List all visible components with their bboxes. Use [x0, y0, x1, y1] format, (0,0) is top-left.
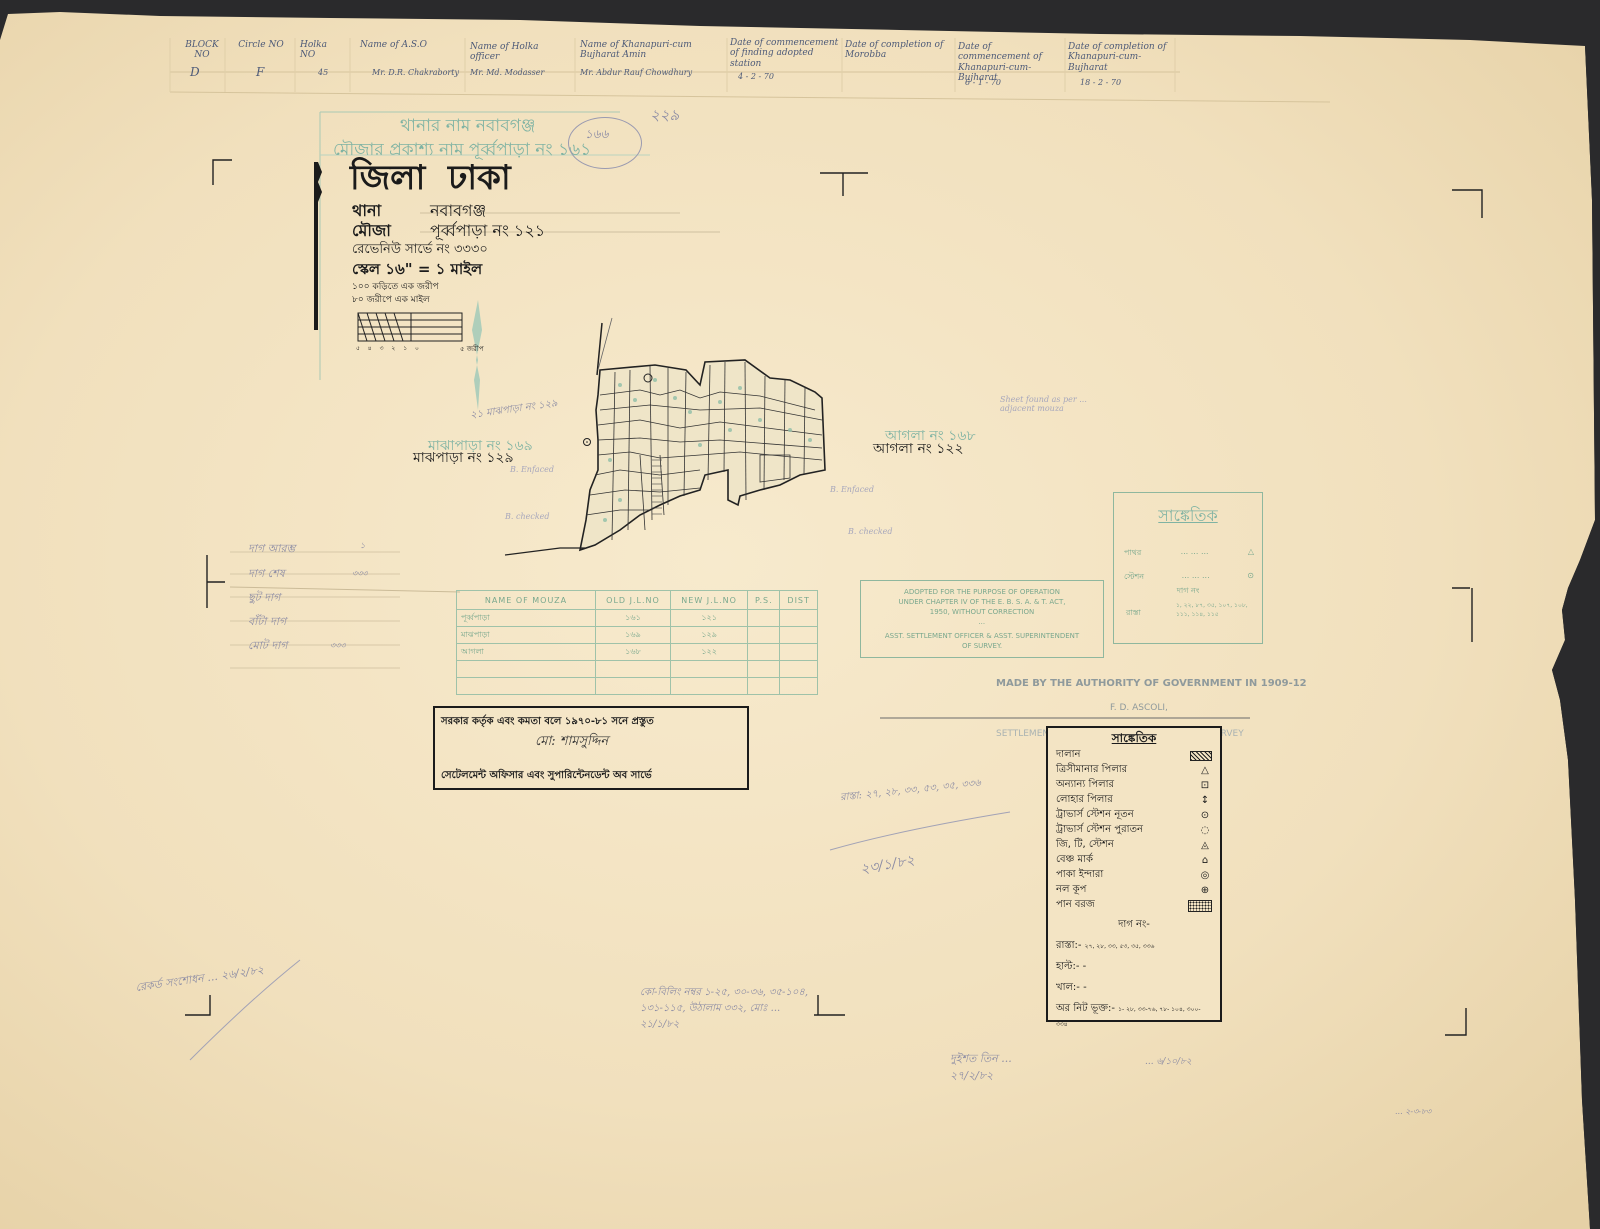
authority-name: F. D. ASCOLI, — [1110, 703, 1168, 713]
legend-row-betel-garden: পান বরজ — [1056, 898, 1212, 913]
prepared-line-1: সরকার কর্তৃক এবং কমতা বলে ১৯৭০-৮১ সনে প্… — [441, 714, 654, 731]
cell-empty — [596, 678, 671, 695]
west-adjacent-label: মাঝপাড়া নং ১২৯ — [413, 446, 514, 470]
legend-label: পাথর — [1124, 547, 1141, 560]
table-row — [457, 678, 818, 695]
adoption-line-5: OF SURVEY. — [861, 641, 1103, 651]
cell-mouza-name: আগলা — [457, 644, 596, 661]
pucca-well-icon: ◎ — [1198, 870, 1212, 881]
legend-row-pucca-well: পাকা ইন্দারা◎ — [1056, 868, 1212, 883]
scale-note-2: ৮০ জরীপে এক মাইল — [352, 292, 430, 307]
khal-value: - — [1083, 982, 1087, 993]
haat-label: হাল্ট:- — [1056, 961, 1079, 972]
legend-row-bench-mark: বেঞ্চ মার্ক⌂ — [1056, 853, 1212, 868]
station-icon: ⊙ — [1247, 571, 1254, 584]
header-col-aso: Name of A.S.O — [360, 40, 460, 50]
scale-end-label: ৫ জরীপ — [460, 343, 484, 355]
col-new-jl-no: NEW J.L.NO — [670, 591, 747, 610]
betel-garden-icon — [1188, 900, 1212, 912]
cell-new-jl: ১২১ — [670, 610, 747, 627]
cell-dist — [780, 644, 818, 661]
road-label: রাস্তা:- — [1056, 940, 1081, 951]
header-val-circle: F — [256, 65, 264, 79]
header-col-adopted-station: Date of commencement of finding adopted … — [730, 38, 840, 69]
legend-row-other-pillar: অন্যান্য পিলার⊡ — [1056, 778, 1212, 793]
cell-old-jl: ১৬৯ — [596, 627, 671, 644]
authority-line: MADE BY THE AUTHORITY OF GOVERNMENT IN 1… — [996, 678, 1307, 689]
green-legend: সাঙ্কেতিক পাথর ... ... ... △ স্টেশন ... … — [1113, 492, 1263, 644]
cell-new-jl: ১২৯ — [670, 627, 747, 644]
pencil-right-note: ... ৬/১০/৮২ — [1145, 1055, 1275, 1070]
header-col-block: BLOCK NO — [182, 40, 222, 61]
cell-ps — [748, 627, 780, 644]
header-val-adopted-station: 4 - 2 - 70 — [738, 72, 774, 81]
header-col-amin: Name of Khanapuri-cum Bujharat Amin — [580, 40, 720, 61]
legend-row-iron-pillar: লোহার পিলার↕ — [1056, 793, 1212, 808]
adoption-text: ADOPTED FOR THE PURPOSE OF OPERATION UND… — [861, 587, 1103, 651]
green-legend-dag-label: দাগ নং — [1114, 585, 1262, 598]
iron-pillar-icon: ↕ — [1198, 795, 1212, 806]
khal-label: খাল:- — [1056, 982, 1080, 993]
header-val-aso: Mr. D.R. Chakraborty — [372, 68, 459, 77]
header-col-morobba: Date of completion of Morobba — [845, 40, 950, 61]
plot-start-label: দাগ আরম্ভ — [248, 540, 295, 559]
plot-end-value: ৩৩৩ — [352, 568, 368, 581]
scan-border-right — [1480, 0, 1600, 1229]
header-col-khanapuri-end: Date of completion of Khanapuri-cum-Bujh… — [1068, 42, 1176, 73]
plot-start-value: ১ — [360, 540, 365, 553]
cell-empty — [670, 661, 747, 678]
table-row: আগলা ১৬৮ ১২২ — [457, 644, 818, 661]
cell-mouza-name: মাঝপাড়া — [457, 627, 596, 644]
tube-well-icon: ⊕ — [1198, 885, 1212, 896]
col-ps: P.S. — [748, 591, 780, 610]
cell-empty — [748, 661, 780, 678]
col-old-jl-no: OLD J.L.NO — [596, 591, 671, 610]
table-row — [457, 661, 818, 678]
pencil-enfaced-east: B. Enfaced — [830, 485, 874, 494]
col-name-of-mouza: NAME OF MOUZA — [457, 591, 596, 610]
haat-value: - — [1083, 961, 1087, 972]
adoption-line-2: UNDER CHAPTER IV OF THE E. B. S. A. & T.… — [861, 597, 1103, 607]
dag-heading: দাগ নং- — [1056, 917, 1212, 934]
header-col-circle: Circle NO — [236, 40, 286, 50]
header-val-khanapuri-start: 6 - 1 - 70 — [965, 78, 1001, 87]
green-legend-road-values: ১, ২২, ৮৭, ৩৫, ১০৭, ১০৮, ১১১, ১১৪, ১১৫ — [1176, 601, 1256, 619]
road-value: ২৭, ২৮, ৩৩, ৫৩, ৩৫, ৩৩৬ — [1085, 943, 1155, 950]
plot-total-value: ৩৩৩ — [330, 640, 346, 653]
black-legend-list: দালান ত্রিসীমানার পিলার△ অন্যান্য পিলার⊡… — [1056, 748, 1212, 1030]
cell-empty — [780, 678, 818, 695]
scale-bottom-ticks: ৫ ৪ ৩ ২ ১ ০ — [356, 343, 422, 354]
legend-dots: ... ... ... — [1181, 547, 1209, 560]
legend-row-gt-station: জি, টি, স্টেশন◬ — [1056, 838, 1212, 853]
bench-mark-icon: ⌂ — [1198, 855, 1212, 866]
orchard-label: অর নিট ভূক্ত:- — [1056, 1003, 1115, 1014]
cell-empty — [457, 661, 596, 678]
cell-old-jl: ১৬১ — [596, 610, 671, 627]
cell-dist — [780, 627, 818, 644]
plot-split-label: বাঁটা দাগ — [248, 613, 286, 632]
pencil-checked-west: B. checked — [505, 512, 550, 521]
plot-total-label: মোট দাগ — [248, 637, 287, 656]
cell-ps — [748, 644, 780, 661]
east-pencil-note: Sheet found as per ... adjacent mouza — [1000, 395, 1120, 413]
road-row: রাস্তা:- ২৭, ২৮, ৩৩, ৫৩, ৩৫, ৩৩৬ — [1056, 938, 1212, 955]
cell-old-jl: ১৬৮ — [596, 644, 671, 661]
legend-row-traverse-new: ট্রাভার্স স্টেশন নূতন⊙ — [1056, 808, 1212, 823]
cell-empty — [457, 678, 596, 695]
haat-row: হাল্ট:- - — [1056, 959, 1212, 976]
green-legend-title: সাঙ্কেতিক — [1114, 503, 1262, 530]
adoption-signature: ... — [861, 617, 1103, 631]
pencil-signature-note: দুইশত তিন ... ২৭/২/৮২ — [950, 1050, 1040, 1084]
prepared-line-2: সেটেলমেন্ট অফিসার এবং সুপারিন্টেনডেন্ট অ… — [441, 768, 652, 785]
cell-empty — [748, 678, 780, 695]
legend-row-traverse-old: ট্রাভার্স স্টেশন পুরাতন◌ — [1056, 823, 1212, 838]
table-row: পূর্ব্বপাড়া ১৬১ ১২১ — [457, 610, 818, 627]
gt-station-icon: ◬ — [1198, 840, 1212, 851]
header-col-holka: Holka NO — [300, 40, 345, 61]
building-icon — [1190, 751, 1212, 761]
traverse-station-new-icon: ⊙ — [1198, 810, 1212, 821]
header-val-holka-officer: Mr. Md. Modasser — [470, 68, 544, 77]
corner-number: ২২৯ — [650, 104, 679, 129]
adoption-line-3: 1950, WITHOUT CORRECTION — [861, 607, 1103, 617]
prepared-signature: মো: শামসুদ্দিন — [535, 732, 608, 753]
table-row: মাঝপাড়া ১৬৯ ১২৯ — [457, 627, 818, 644]
col-dist: DIST — [780, 591, 818, 610]
cell-ps — [748, 610, 780, 627]
circled-note: ১৬৬ — [585, 126, 608, 146]
plot-skipped-label: ছুট দাগ — [248, 589, 280, 608]
legend-row-building: দালান — [1056, 748, 1212, 763]
green-legend-road-label: রাস্তা — [1126, 607, 1141, 620]
scan-border-top — [0, 0, 1600, 12]
legend-label: পান বরজ — [1056, 897, 1095, 914]
cell-empty — [596, 661, 671, 678]
stone-icon: △ — [1248, 547, 1254, 560]
legend-label: স্টেশন — [1124, 571, 1144, 584]
plot-end-label: দাগ শেষ — [248, 565, 285, 584]
cell-empty — [780, 661, 818, 678]
cell-empty — [670, 678, 747, 695]
legend-dots: ... ... ... — [1182, 571, 1210, 584]
pencil-enfaced-west: B. Enfaced — [510, 465, 554, 474]
black-legend: সাঙ্কেতিক দালান ত্রিসীমানার পিলার△ অন্যা… — [1046, 726, 1222, 1022]
trijunction-pillar-icon: △ — [1198, 765, 1212, 776]
adoption-line-1: ADOPTED FOR THE PURPOSE OF OPERATION — [861, 587, 1103, 597]
legend-row-trijunction-pillar: ত্রিসীমানার পিলার△ — [1056, 763, 1212, 778]
other-pillar-icon: ⊡ — [1198, 780, 1212, 791]
pencil-billing-note: কো-বিলিং নম্বর ১-২৫, ৩০-৩৬, ৩৫-১০৪, ১৩১-… — [640, 985, 820, 1033]
adoption-stamp: ADOPTED FOR THE PURPOSE OF OPERATION UND… — [860, 580, 1104, 658]
scanned-map-sheet: BLOCK NO D Circle NO F Holka NO 45 Name … — [0, 0, 1600, 1229]
orchard-row: অর নিট ভূক্ত:- ১- ২৮, ৩৩-৭৬, ৭৮- ১০৪, ৩০… — [1056, 1001, 1212, 1030]
khal-row: খাল:- - — [1056, 980, 1212, 997]
green-legend-row-station: স্টেশন ... ... ... ⊙ — [1124, 571, 1254, 584]
mouza-table: NAME OF MOUZA OLD J.L.NO NEW J.L.NO P.S.… — [456, 590, 818, 695]
cell-new-jl: ১২২ — [670, 644, 747, 661]
cell-dist — [780, 610, 818, 627]
prepared-stamp: সরকার কর্তৃক এবং কমতা বলে ১৯৭০-৮১ সনে প্… — [433, 706, 749, 790]
pencil-checked-east: B. checked — [848, 527, 893, 536]
adoption-line-4: ASST. SETTLEMENT OFFICER & ASST. SUPERIN… — [861, 631, 1103, 641]
header-val-block: D — [190, 65, 200, 79]
east-adjacent-label: আগলা নং ১২২ — [873, 437, 964, 461]
header-col-holka-officer: Name of Holka officer — [470, 42, 570, 63]
green-legend-row-stone: পাথর ... ... ... △ — [1124, 547, 1254, 560]
header-val-khanapuri-end: 18 - 2 - 70 — [1080, 78, 1121, 87]
traverse-station-old-icon: ◌ — [1198, 825, 1212, 836]
header-val-amin: Mr. Abdur Rauf Chowdhury — [580, 68, 692, 77]
cell-mouza-name: পূর্ব্বপাড়া — [457, 610, 596, 627]
legend-row-tube-well: নল কূপ⊕ — [1056, 883, 1212, 898]
header-val-holka: 45 — [318, 68, 328, 77]
